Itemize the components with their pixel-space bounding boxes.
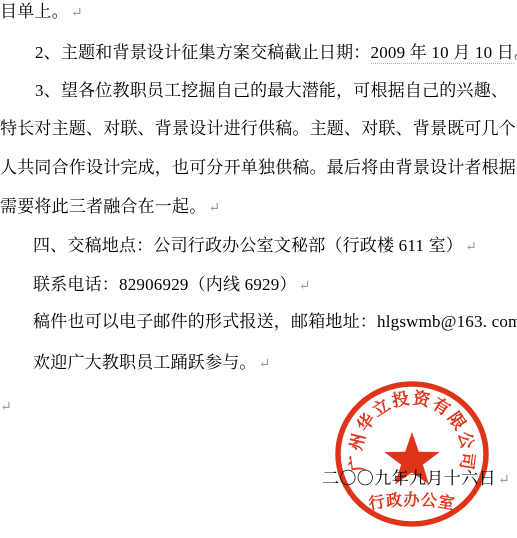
paragraph-mark-icon: ↵ xyxy=(69,6,83,21)
text-line-item3-cont2: 人共同合作设计完成，也可分开单独供稿。最后将由背景设计者根据 xyxy=(0,158,516,177)
line-text: 二〇〇九年九月十六日 xyxy=(322,469,496,488)
signature-date: 二〇〇九年九月十六日↵ xyxy=(322,469,510,490)
text-line-item3: 3、望各位教职员工挖掘自己的最大潜能，可根据自己的兴趣、 xyxy=(35,81,508,100)
text-line-welcome: 欢迎广大教职员工踊跃参与。↵ xyxy=(33,353,271,374)
line-text: 特长对主题、对联、背景设计进行供稿。主题、对联、背景既可几个 xyxy=(0,119,516,138)
paragraph-mark-icon: ↵ xyxy=(257,357,271,372)
text-line-phone: 联系电话：82906929（内线 6929）↵ xyxy=(33,275,311,296)
company-seal: 广州华立投资有限公司 行政办公室 xyxy=(332,378,492,530)
paragraph-mark-icon: ↵ xyxy=(206,201,220,216)
document-page: 目单上。↵ 2、主题和背景设计征集方案交稿截止日期：2009 年 10 月 10… xyxy=(0,0,517,538)
line-text: 2、主题和背景设计征集方案交稿截止日期： xyxy=(35,43,371,62)
text-line-item3-cont3: 需要将此三者融合在一起。↵ xyxy=(0,197,220,218)
paragraph-mark-icon: ↵ xyxy=(496,473,510,488)
company-seal-graphic: 广州华立投资有限公司 行政办公室 xyxy=(332,378,492,530)
line-text: 四、交稿地点：公司行政办公室文秘部（行政楼 611 室） xyxy=(33,236,463,255)
seal-office-text: 行政办公室 xyxy=(367,490,457,513)
text-line-deadline: 2、主题和背景设计征集方案交稿截止日期：2009 年 10 月 10 日。 xyxy=(35,43,517,62)
text-line-email: 稿件也可以电子邮件的形式报送，邮箱地址：hlgswmb@163. com xyxy=(33,312,517,331)
line-text: 需要将此三者融合在一起。 xyxy=(0,197,206,216)
paragraph-mark-icon: ↵ xyxy=(0,400,12,415)
line-text: 稿件也可以电子邮件的形式报送，邮箱地址：hlgswmb@163. com xyxy=(33,312,517,331)
line-text: 3、望各位教职员工挖掘自己的最大潜能，可根据自己的兴趣、 xyxy=(35,81,508,100)
text-line-address: 四、交稿地点：公司行政办公室文秘部（行政楼 611 室）↵ xyxy=(33,236,477,257)
line-text: 欢迎广大教职员工踊跃参与。 xyxy=(33,353,257,372)
line-text: 联系电话：82906929（内线 6929） xyxy=(33,275,297,294)
empty-paragraph: ↵ xyxy=(0,396,12,417)
line-text: 人共同合作设计完成，也可分开单独供稿。最后将由背景设计者根据 xyxy=(0,158,516,177)
text-line-item3-cont1: 特长对主题、对联、背景设计进行供稿。主题、对联、背景既可几个 xyxy=(0,119,516,138)
line-text: 目单上。 xyxy=(0,2,69,21)
smart-tag-date: 2009 年 10 月 10 日 xyxy=(371,43,514,64)
paragraph-mark-icon: ↵ xyxy=(463,240,477,255)
paragraph-mark-icon: ↵ xyxy=(297,279,311,294)
text-line-continuation: 目单上。↵ xyxy=(0,2,83,23)
